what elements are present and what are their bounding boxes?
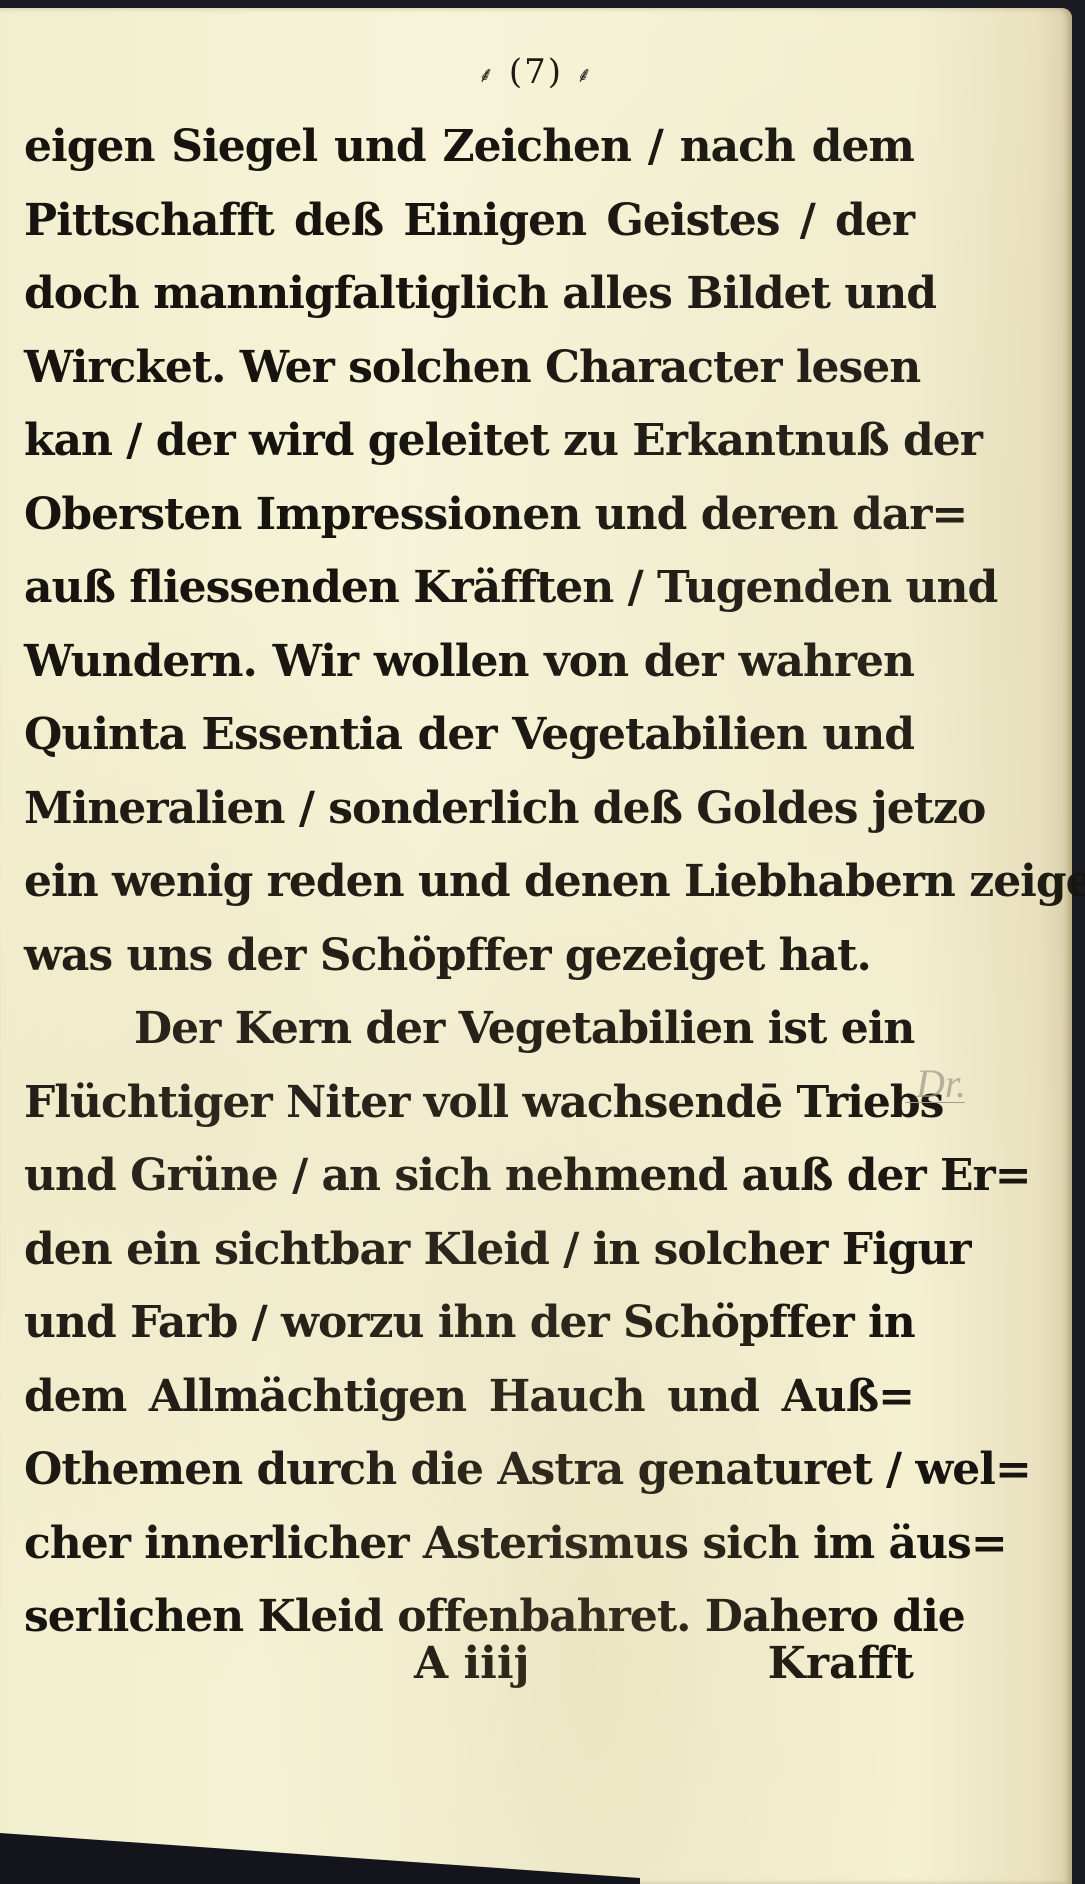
page-footer: A iiij Krafft <box>24 1638 914 1708</box>
paragraph-end-line: was uns der Schöpffer gezeiget hat. <box>24 919 914 993</box>
text-line: ein wenig reden und denen Liebhabern zei… <box>24 845 914 919</box>
text-line: cher innerlicher Asterismus sich im äus= <box>24 1507 914 1581</box>
text-line: doch mannigfaltiglich alles Bildet und <box>24 257 914 331</box>
text-line: auß fliessenden Kräfften / Tugenden und <box>24 551 914 625</box>
text-line: Flüchtiger Niter voll wachsendē Triebs <box>24 1066 914 1140</box>
text-line: Wundern. Wir wollen von der wahren <box>24 625 914 699</box>
text-line: den ein sichtbar Kleid / in solcher Figu… <box>24 1213 914 1287</box>
page-header: ⸙ (7) ⸙ <box>0 52 1072 92</box>
text-line: und Grüne / an sich nehmend auß der Er= <box>24 1139 914 1213</box>
left-ornament-icon: ⸙ <box>478 63 497 88</box>
signature-mark: A iiij <box>414 1638 530 1689</box>
text-line: Othemen durch die Astra genaturet / wel= <box>24 1433 914 1507</box>
right-ornament-icon: ⸙ <box>576 63 595 88</box>
text-line: kan / der wird geleitet zu Erkantnuß der <box>24 404 914 478</box>
page-number-text: (7) <box>509 52 563 92</box>
text-line: Obersten Impressionen und deren dar= <box>24 478 914 552</box>
text-line: dem Allmächtigen Hauch und Auß= <box>24 1360 914 1434</box>
text-line: und Farb / worzu ihn der Schöpffer in <box>24 1286 914 1360</box>
paragraph-start-line: Der Kern der Vegetabilien ist ein <box>24 992 914 1066</box>
text-line: Wircket. Wer solchen Character lesen <box>24 331 914 405</box>
catchword: Krafft <box>768 1638 914 1689</box>
body-text: eigen Siegel und Zeichen / nach dem Pitt… <box>24 110 914 1654</box>
page-number: ⸙ (7) ⸙ <box>478 52 595 92</box>
margin-annotation: Dr. <box>916 1060 966 1107</box>
text-line: Mineralien / sonderlich deß Goldes jetzo <box>24 772 914 846</box>
text-line: eigen Siegel und Zeichen / nach dem <box>24 110 914 184</box>
text-line: Pittschafft deß Einigen Geistes / der <box>24 184 914 258</box>
book-page: ⸙ (7) ⸙ eigen Siegel und Zeichen / nach … <box>0 8 1072 1884</box>
text-line: Quinta Essentia der Vegetabilien und <box>24 698 914 772</box>
